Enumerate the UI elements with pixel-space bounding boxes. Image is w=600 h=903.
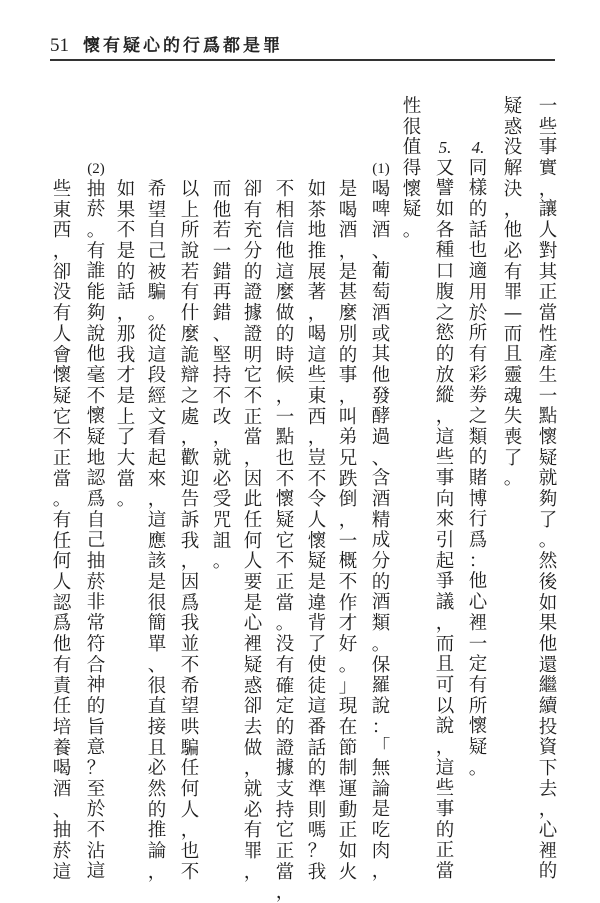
list-marker: (1)	[370, 159, 392, 180]
text-column: 5.又譬如各種口腹之慾的放縱，這些事向來引起爭議，而且可以說，這些事的正當	[434, 138, 456, 883]
text-column: (2)抽菸。有誰能夠說他毫不懷疑地認爲自己抽菸非常符合神的旨意？至於不沾這	[85, 159, 107, 883]
page-header: 51 懷有疑心的行爲都是罪	[50, 34, 555, 60]
running-title: 懷有疑心的行爲都是罪	[83, 34, 283, 58]
text-column: 如茶地推展著，喝這些東西，豈不令人懷疑是違背了使徒這番話的準則嗎？我	[306, 180, 328, 883]
text-column: 4.同樣的話也適用於所有彩劵之類的賭博行爲：他心裡一定有所懷疑。	[467, 138, 489, 779]
list-marker: (2)	[85, 159, 107, 180]
text-column: 如果不是的話，那我才是上了大當。	[115, 180, 137, 511]
text-column: 疑惑没解決，他必有罪—而且靈魂失喪了。	[502, 97, 524, 490]
text-column: 性很值得懷疑。	[401, 97, 423, 242]
text-column: 而他若一錯再錯、堅持不改，就必受咒詛。	[211, 180, 233, 573]
text-column: 是喝酒，是甚麼別的事，叫弟兄跌倒，一概不作才好。」現在節制運動正如火	[337, 180, 359, 883]
list-marker: 4.	[467, 138, 489, 159]
list-marker: 5.	[434, 138, 456, 159]
text-column: 一些事實，讓人對其正當性產生一點懷疑就夠了。然後如果他還繼續投資下去，心裡的	[537, 97, 559, 883]
text-column: 不相信他這麼做的時候，一點也不懷疑它不正當。没有確定的證據支持它正當，	[274, 180, 296, 903]
text-column: 卻有充分的證據證明它不正當，因此任何人要是心裡疑惑卻去做，就必有罪，	[242, 180, 264, 883]
text-column: 些東西，卻没有人會懷疑它不正當。有任何人認爲他有責任培養喝酒、抽菸這	[51, 180, 73, 883]
page-number: 51	[50, 34, 69, 58]
text-column: (1)喝啤酒、葡萄酒或其他發酵過、含酒精成分的酒類。保羅說：「無論是吃肉，	[370, 159, 392, 883]
text-column: 希望自己被騙。從這段經文看起來，這應該是很簡單、很直接且必然的推論，	[146, 180, 168, 883]
text-column: 以上所說若有什麼詭辯之處，歡迎告訴我，因爲我並不希望哄騙任何人，也不	[179, 180, 201, 883]
header-rule	[50, 59, 555, 61]
